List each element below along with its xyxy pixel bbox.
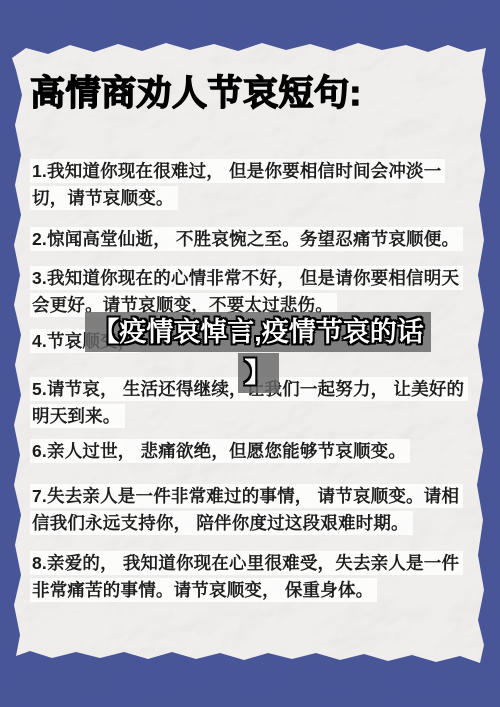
list-item-1-text: 1.我知道你现在很难过， 但是你要相信时间会冲淡一切，请节哀顺变。 bbox=[30, 159, 445, 210]
list-item-6: 6.亲人过世， 悲痛欲绝，但愿您能够节哀顺变。 bbox=[30, 438, 470, 465]
paper-content: 高情商劝人节哀短句: 1.我知道你现在很难过， 但是你要相信时间会冲淡一切，请节… bbox=[12, 40, 486, 663]
list-item-3-text: 3.我知道你现在的心情非常不好， 但是请你要相信明天会更好。请节哀顺变，不要太过… bbox=[30, 266, 463, 317]
list-item-7-text: 7.失去亲人是一件非常难过的事情， 请节哀顺变。请相信我们永远支持你， 陪伴你度… bbox=[30, 484, 463, 535]
list-item-4: 4.节哀顺变， bbox=[30, 328, 470, 355]
list-item-5: 5.请节哀， 生活还得继续，让我们一起努力， 让美好的明天到来。 bbox=[30, 376, 470, 430]
list-item-1: 1.我知道你现在很难过， 但是你要相信时间会冲淡一切，请节哀顺变。 bbox=[30, 158, 470, 212]
list-item-4-text: 4.节哀顺变， bbox=[30, 329, 140, 353]
list-item-2-text: 2.惊闻高堂仙逝， 不胜哀惋之至。务望忍痛节哀顺便。 bbox=[30, 227, 463, 251]
list-item-8: 8.亲爱的， 我知道你现在心里很难受，失去亲人是一件非常痛苦的事情。请节哀顺变，… bbox=[30, 550, 470, 604]
list-item-8-text: 8.亲爱的， 我知道你现在心里很难受，失去亲人是一件非常痛苦的事情。请节哀顺变，… bbox=[30, 551, 463, 602]
list-item-2: 2.惊闻高堂仙逝， 不胜哀惋之至。务望忍痛节哀顺便。 bbox=[30, 226, 470, 253]
list-item-6-text: 6.亲人过世， 悲痛欲绝，但愿您能够节哀顺变。 bbox=[30, 439, 410, 463]
poster-canvas: 高情商劝人节哀短句: 1.我知道你现在很难过， 但是你要相信时间会冲淡一切，请节… bbox=[0, 0, 500, 707]
list-item-7: 7.失去亲人是一件非常难过的事情， 请节哀顺变。请相信我们永远支持你， 陪伴你度… bbox=[30, 483, 470, 537]
list-item-5-text: 5.请节哀， 生活还得继续，让我们一起努力， 让美好的明天到来。 bbox=[30, 377, 468, 428]
list-item-3: 3.我知道你现在的心情非常不好， 但是请你要相信明天会更好。请节哀顺变，不要太过… bbox=[30, 265, 470, 319]
paper-sheet: 高情商劝人节哀短句: 1.我知道你现在很难过， 但是你要相信时间会冲淡一切，请节… bbox=[12, 40, 486, 663]
page-title: 高情商劝人节哀短句: bbox=[30, 74, 470, 114]
